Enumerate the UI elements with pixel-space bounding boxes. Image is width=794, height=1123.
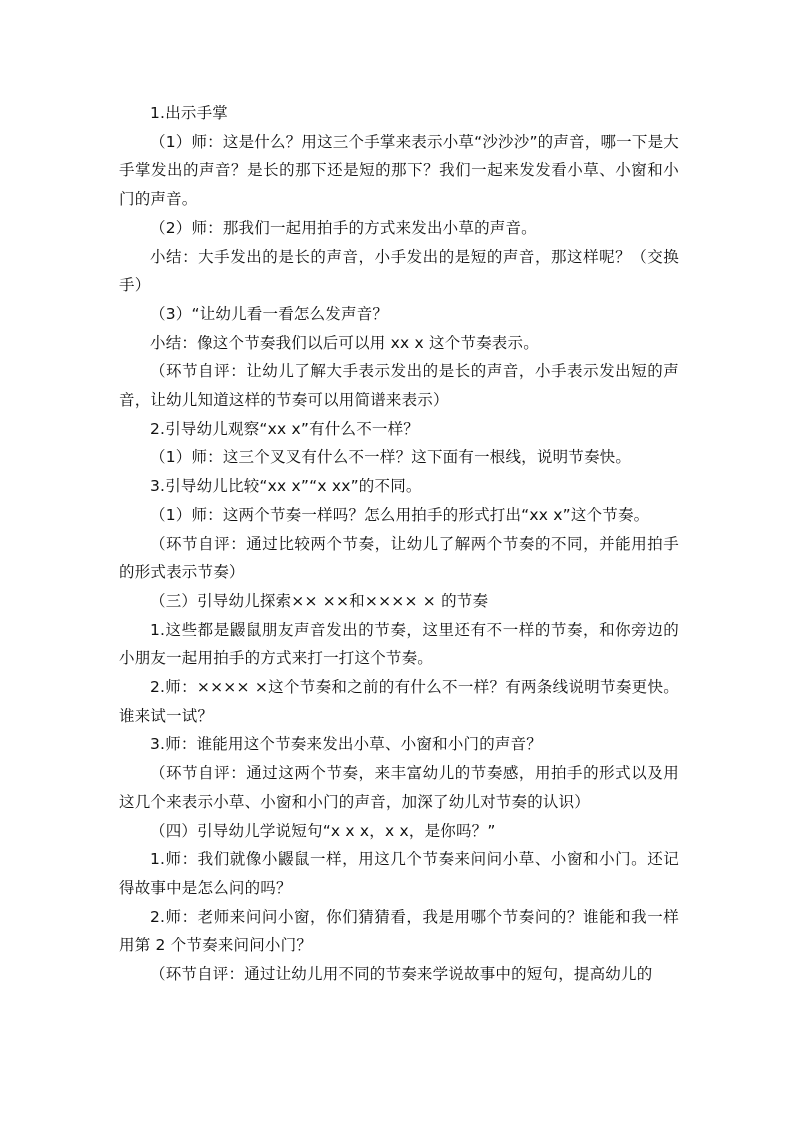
paragraph: 1.师：我们就像小鼹鼠一样，用这几个节奏来问问小草、小窗和小门。还记得故事中是怎…: [119, 845, 679, 902]
paragraph-heading: 3.引导幼儿比较“xx x”“x xx”的不同。: [119, 472, 679, 501]
paragraph-self-evaluation: （环节自评：通过比较两个节奏，让幼儿了解两个节奏的不同，并能用拍手的形式表示节奏…: [119, 530, 679, 587]
paragraph: （1）师：这两个节奏一样吗？怎么用拍手的形式打出“xx x”这个节奏。: [119, 501, 679, 530]
paragraph-self-evaluation: （环节自评：让幼儿了解大手表示发出的是长的声音，小手表示发出短的声音，让幼儿知道…: [119, 357, 679, 414]
paragraph-summary: 小结：大手发出的是长的声音，小手发出的是短的声音，那这样呢？（交换手）: [119, 243, 679, 300]
paragraph: （1）师：这三个叉叉有什么不一样？这下面有一根线，说明节奏快。: [119, 443, 679, 472]
paragraph-heading-show-palms: 1.出示手掌: [119, 99, 679, 128]
paragraph-summary: 小结：像这个节奏我们以后可以用 xx x 这个节奏表示。: [119, 329, 679, 358]
document-page: 1.出示手掌 （1）师：这是什么？用这三个手掌来表示小草“沙沙沙”的声音，哪一下…: [119, 99, 679, 989]
paragraph: （1）师：这是什么？用这三个手掌来表示小草“沙沙沙”的声音，哪一下是大手掌发出的…: [119, 128, 679, 214]
paragraph-self-evaluation: （环节自评：通过让幼儿用不同的节奏来学说故事中的短句，提高幼儿的: [119, 960, 679, 989]
paragraph: 3.师：谁能用这个节奏来发出小草、小窗和小门的声音？: [119, 730, 679, 759]
paragraph: （2）师：那我们一起用拍手的方式来发出小草的声音。: [119, 214, 679, 243]
section-heading-three: （三）引导幼儿探索×× ××和×××× × 的节奏: [119, 587, 679, 616]
paragraph: 2.师：×××× ×这个节奏和之前的有什么不一样？有两条线说明节奏更快。谁来试一…: [119, 673, 679, 730]
paragraph-heading: 2.引导幼儿观察“xx x”有什么不一样？: [119, 415, 679, 444]
paragraph: 2.师：老师来问问小窗，你们猜猜看，我是用哪个节奏问的？谁能和我一样用第 2 个…: [119, 903, 679, 960]
paragraph: （3）“让幼儿看一看怎么发声音？: [119, 300, 679, 329]
paragraph: 1.这些都是鼹鼠朋友声音发出的节奏，这里还有不一样的节奏，和你旁边的小朋友一起用…: [119, 616, 679, 673]
paragraph-self-evaluation: （环节自评：通过这两个节奏，来丰富幼儿的节奏感，用拍手的形式以及用这几个来表示小…: [119, 759, 679, 816]
section-heading-four: （四）引导幼儿学说短句“x x x，x x，是你吗？”: [119, 817, 679, 846]
